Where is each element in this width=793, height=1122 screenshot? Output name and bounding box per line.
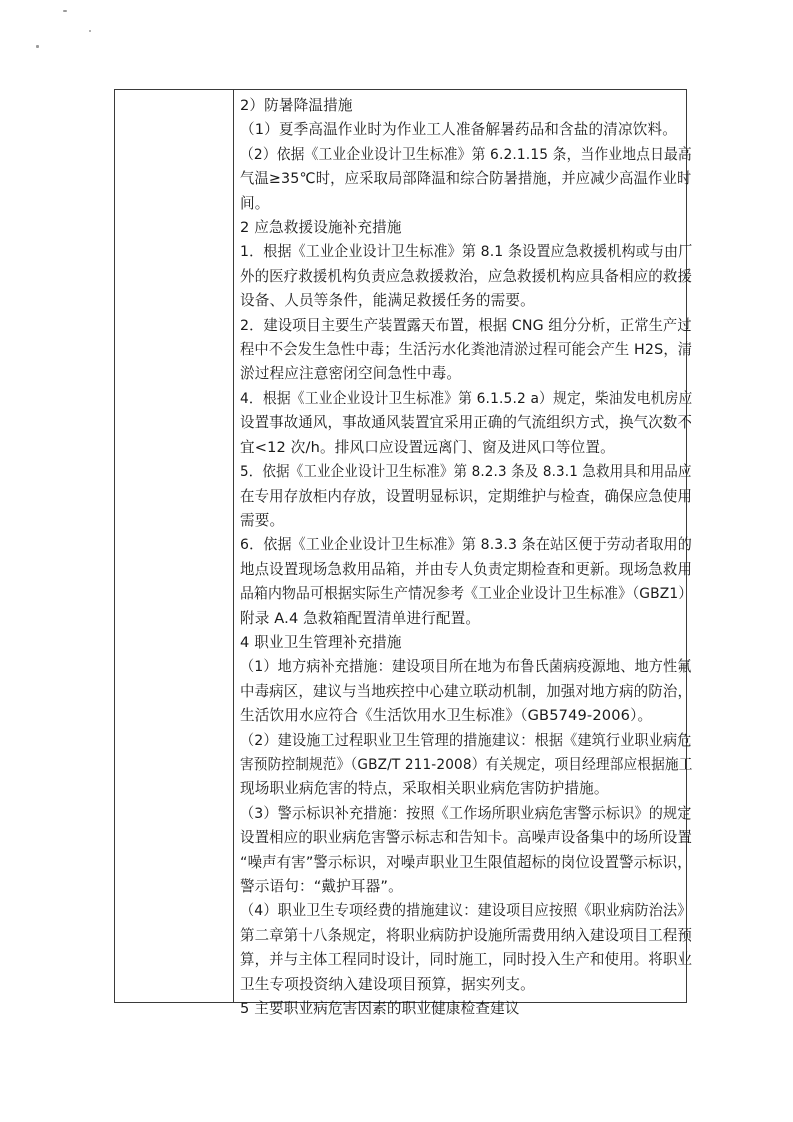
table-content-cell: 2）防暑降温措施（1）夏季高温作业时为作业工人准备解暑药品和含盐的清凉饮料。（2… [233, 90, 686, 1002]
text-line: 间。 [240, 192, 680, 216]
text-line: （4）职业卫生专项经费的措施建议：建设项目应按照《职业病防治法》 [240, 899, 666, 923]
text-line: 品箱内物品可根据实际生产情况参考《工业企业设计卫生标准》（GBZ1） [240, 582, 658, 606]
paragraph-heat-2: （2）依据《工业企业设计卫生标准》第 6.2.1.15 条，当作业地点日最高气温… [240, 143, 680, 216]
text-line: 在专用存放柜内存放，设置明显标识，定期维护与检查，确保应急使用 [240, 485, 675, 509]
paragraph-emergency-2: 2．建设项目主要生产装置露天布置，根据 CNG 组分分析，正常生产过程中不会发生… [240, 314, 680, 387]
paragraph-emergency-5: 5．依据《工业企业设计卫生标准》第 8.2.3 条及 8.3.1 急救用具和用品… [240, 460, 680, 533]
text-line: 5．依据《工业企业设计卫生标准》第 8.2.3 条及 8.3.1 急救用具和用品… [240, 460, 647, 484]
paragraph-heat-1: （1）夏季高温作业时为作业工人准备解暑药品和含盐的清凉饮料。 [240, 118, 680, 142]
text-line: 外的医疗救援机构负责应急救援救治，应急救援机构应具备相应的救援 [240, 265, 675, 289]
text-line: 需要。 [240, 509, 680, 533]
text-line: 气温≥35℃时，应采取局部降温和综合防暑措施，并应减少高温作业时 [240, 167, 671, 191]
text-line: 附录 A.4 急救箱配置清单进行配置。 [240, 607, 680, 631]
paragraph-emergency-1: 1．根据《工业企业设计卫生标准》第 8.1 条设置应急救援机构或与由厂外的医疗救… [240, 240, 680, 313]
content-body: 2）防暑降温措施（1）夏季高温作业时为作业工人准备解暑药品和含盐的清凉饮料。（2… [240, 94, 680, 1021]
text-line: （2）依据《工业企业设计卫生标准》第 6.2.1.15 条，当作业地点日最高 [240, 143, 655, 167]
text-line: 设置相应的职业病危害警示标志和告知卡。高噪声设备集中的场所设置 [240, 826, 675, 850]
text-line: 现场职业病危害的特点，采取相关职业病危害防护措施。 [240, 777, 680, 801]
text-line: （1）夏季高温作业时为作业工人准备解暑药品和含盐的清凉饮料。 [240, 118, 680, 142]
text-line: 中毒病区，建议与当地疾控中心建立联动机制，加强对地方病的防治， [240, 680, 675, 704]
text-line: 4．根据《工业企业设计卫生标准》第 6.1.5.2 a）规定，柴油发电机房应 [240, 387, 656, 411]
paragraph-emergency-heading: 2 应急救援设施补充措施 [240, 216, 680, 240]
text-line: 程中不会发生急性中毒；生活污水化粪池清淤过程可能会产生 H2S，清 [240, 338, 670, 362]
text-line: （1）地方病补充措施：建设项目所在地为布鲁氏菌病疫源地、地方性氟 [240, 655, 666, 679]
paragraph-management-3: （3）警示标识补充措施：按照《工作场所职业病危害警示标识》的规定设置相应的职业病… [240, 802, 680, 900]
text-line: 2）防暑降温措施 [240, 94, 680, 118]
text-line: （2）建设施工过程职业卫生管理的措施建议：根据《建筑行业职业病危 [240, 729, 666, 753]
text-line: 卫生专项投资纳入建设项目预算，据实列支。 [240, 973, 680, 997]
text-line: 6．依据《工业企业设计卫生标准》第 8.3.3 条在站区便于劳动者取用的 [240, 533, 663, 557]
text-line: 害预防控制规范》（GBZ/T 211-2008）有关规定，项目经理部应根据施工 [240, 753, 652, 777]
scan-speck [63, 10, 67, 12]
text-line: 警示语句：“戴护耳器”。 [240, 875, 680, 899]
table-left-cell [115, 90, 234, 1002]
text-line: 2 应急救援设施补充措施 [240, 216, 680, 240]
text-line: （3）警示标识补充措施：按照《工作场所职业病危害警示标识》的规定 [240, 802, 666, 826]
text-line: 设置事故通风，事故通风装置宜采用正确的气流组织方式，换气次数不 [240, 411, 675, 435]
paragraph-health-check-heading: 5 主要职业病危害因素的职业健康检查建议 [240, 997, 680, 1021]
paragraph-emergency-4: 4．根据《工业企业设计卫生标准》第 6.1.5.2 a）规定，柴油发电机房应设置… [240, 387, 680, 460]
paragraph-management-4: （4）职业卫生专项经费的措施建议：建设项目应按照《职业病防治法》第二章第十八条规… [240, 899, 680, 997]
text-line: 4 职业卫生管理补充措施 [240, 631, 680, 655]
text-line: 设备、人员等条件，能满足救援任务的需要。 [240, 289, 680, 313]
text-line: 地点设置现场急救用品箱，并由专人负责定期检查和更新。现场急救用 [240, 558, 675, 582]
text-line: 第二章第十八条规定，将职业病防护设施所需费用纳入建设项目工程预 [240, 924, 675, 948]
text-line: 生活饮用水应符合《生活饮用水卫生标准》（GB5749-2006）。 [240, 704, 680, 728]
paragraph-management-1: （1）地方病补充措施：建设项目所在地为布鲁氏菌病疫源地、地方性氟中毒病区，建议与… [240, 655, 680, 728]
scan-speck [36, 45, 39, 48]
paragraph-heat: 2）防暑降温措施 [240, 94, 680, 118]
text-line: 算，并与主体工程同时设计，同时施工，同时投入生产和使用。将职业 [240, 948, 675, 972]
text-line: 淤过程应注意密闭空间急性中毒。 [240, 362, 680, 386]
paragraph-management-2: （2）建设施工过程职业卫生管理的措施建议：根据《建筑行业职业病危害预防控制规范》… [240, 729, 680, 802]
text-line: “噪声有害”警示标识，对噪声职业卫生限值超标的岗位设置警示标识， [240, 851, 674, 875]
paragraph-emergency-6: 6．依据《工业企业设计卫生标准》第 8.3.3 条在站区便于劳动者取用的地点设置… [240, 533, 680, 631]
document-table: 2）防暑降温措施（1）夏季高温作业时为作业工人准备解暑药品和含盐的清凉饮料。（2… [114, 89, 687, 1003]
text-line: 2．建设项目主要生产装置露天布置，根据 CNG 组分分析，正常生产过 [240, 314, 668, 338]
text-line: 5 主要职业病危害因素的职业健康检查建议 [240, 997, 680, 1021]
text-line: 1．根据《工业企业设计卫生标准》第 8.1 条设置应急救援机构或与由厂 [240, 240, 663, 264]
paragraph-management-heading: 4 职业卫生管理补充措施 [240, 631, 680, 655]
scan-speck [89, 30, 91, 32]
text-line: 宜<12 次/h。排风口应设置远离门、窗及进风口等位置。 [240, 436, 680, 460]
